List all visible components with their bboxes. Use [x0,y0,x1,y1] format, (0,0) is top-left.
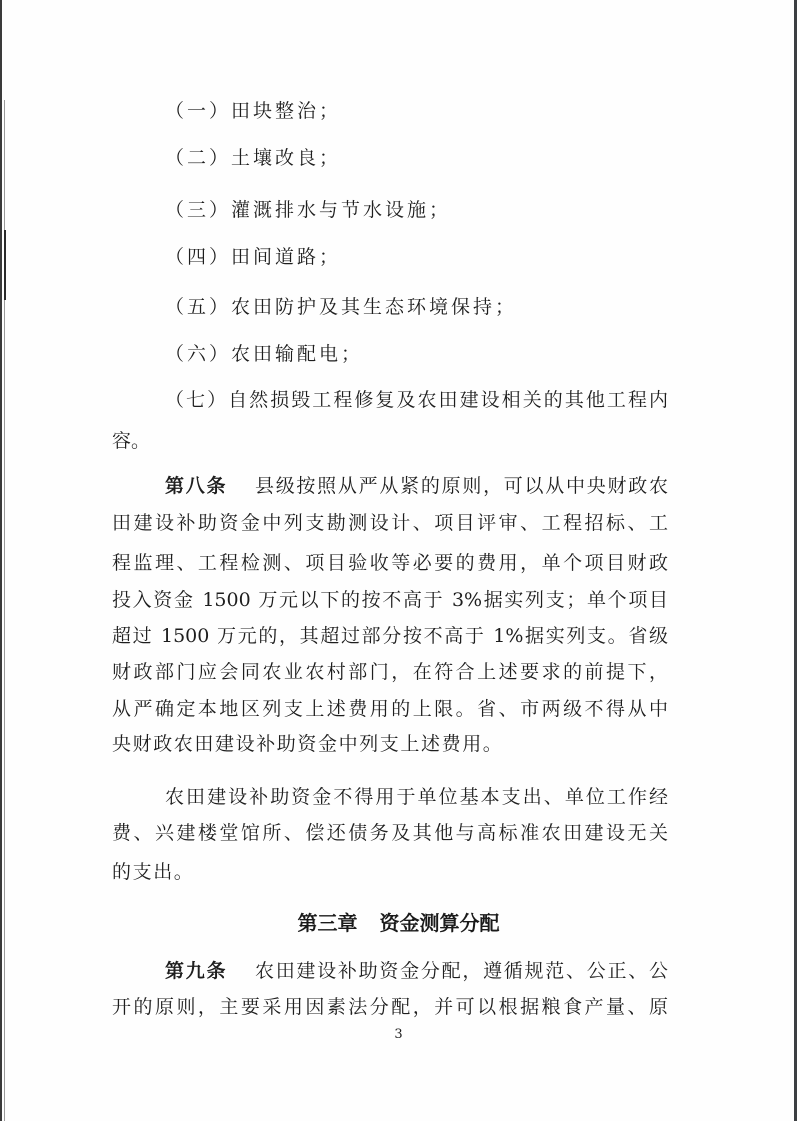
restriction-line-2: 费、兴建楼堂馆所、偿还债务及其他与高标准农田建设无关 [112,820,668,846]
list-item-4: （四）田间道路； [165,244,341,270]
article-9-heading: 第九条 [165,960,227,982]
list-item-7: （七）自然损毁工程修复及农田建设相关的其他工程内 [165,387,668,413]
article-8-first-line: 第八条县级按照从严从紧的原则，可以从中央财政农 [165,473,668,499]
page-left-edge [0,0,2,1121]
article-8-line-2: 田建设补助资金中列支勘测设计、项目评审、工程招标、工 [112,510,668,536]
chapter-title: 资金测算分配 [380,911,500,935]
list-item-2: （二）土壤改良； [165,145,341,171]
article-8-line-8: 央财政农田建设补助资金中列支上述费用。 [112,731,503,757]
list-item-7-continuation: 容。 [112,428,150,454]
article-8-line-5: 超过 1500 万元的，其超过部分按不高于 1%据实列支。省级 [112,623,668,649]
article-8-heading: 第八条 [165,475,227,497]
list-item-6: （六）农田输配电； [165,341,363,367]
list-item-3: （三）灌溉排水与节水设施； [165,197,451,223]
scan-shadow-line-dark [4,230,6,300]
document-page: （一）田块整治； （二）土壤改良； （三）灌溉排水与节水设施； （四）田间道路；… [0,0,797,1121]
article-9-line-1: 农田建设补助资金分配，遵循规范、公正、公 [253,960,668,982]
chapter-heading: 第三章资金测算分配 [0,910,797,936]
chapter-number: 第三章 [298,911,358,935]
list-item-5: （五）农田防护及其生态环境保持； [165,294,517,320]
page-number: 3 [0,1027,797,1043]
list-item-1: （一）田块整治； [165,98,341,124]
restriction-line-3: 的支出。 [112,859,194,885]
article-8-line-3: 程监理、工程检测、项目验收等必要的费用，单个项目财政 [112,550,668,576]
article-8-line-6: 财政部门应会同农业农村部门，在符合上述要求的前提下， [112,659,668,685]
article-9-line-2: 开的原则，主要采用因素法分配，并可以根据粮食产量、原 [112,994,668,1020]
article-8-line-4: 投入资金 1500 万元以下的按不高于 3%据实列支；单个项目 [112,587,668,613]
article-9-first-line: 第九条农田建设补助资金分配，遵循规范、公正、公 [165,958,668,984]
article-8-line-1: 县级按照从严从紧的原则，可以从中央财政农 [253,475,668,497]
article-8-line-7: 从严确定本地区列支上述费用的上限。省、市两级不得从中 [112,696,668,722]
restriction-line-1: 农田建设补助资金不得用于单位基本支出、单位工作经 [165,784,668,810]
